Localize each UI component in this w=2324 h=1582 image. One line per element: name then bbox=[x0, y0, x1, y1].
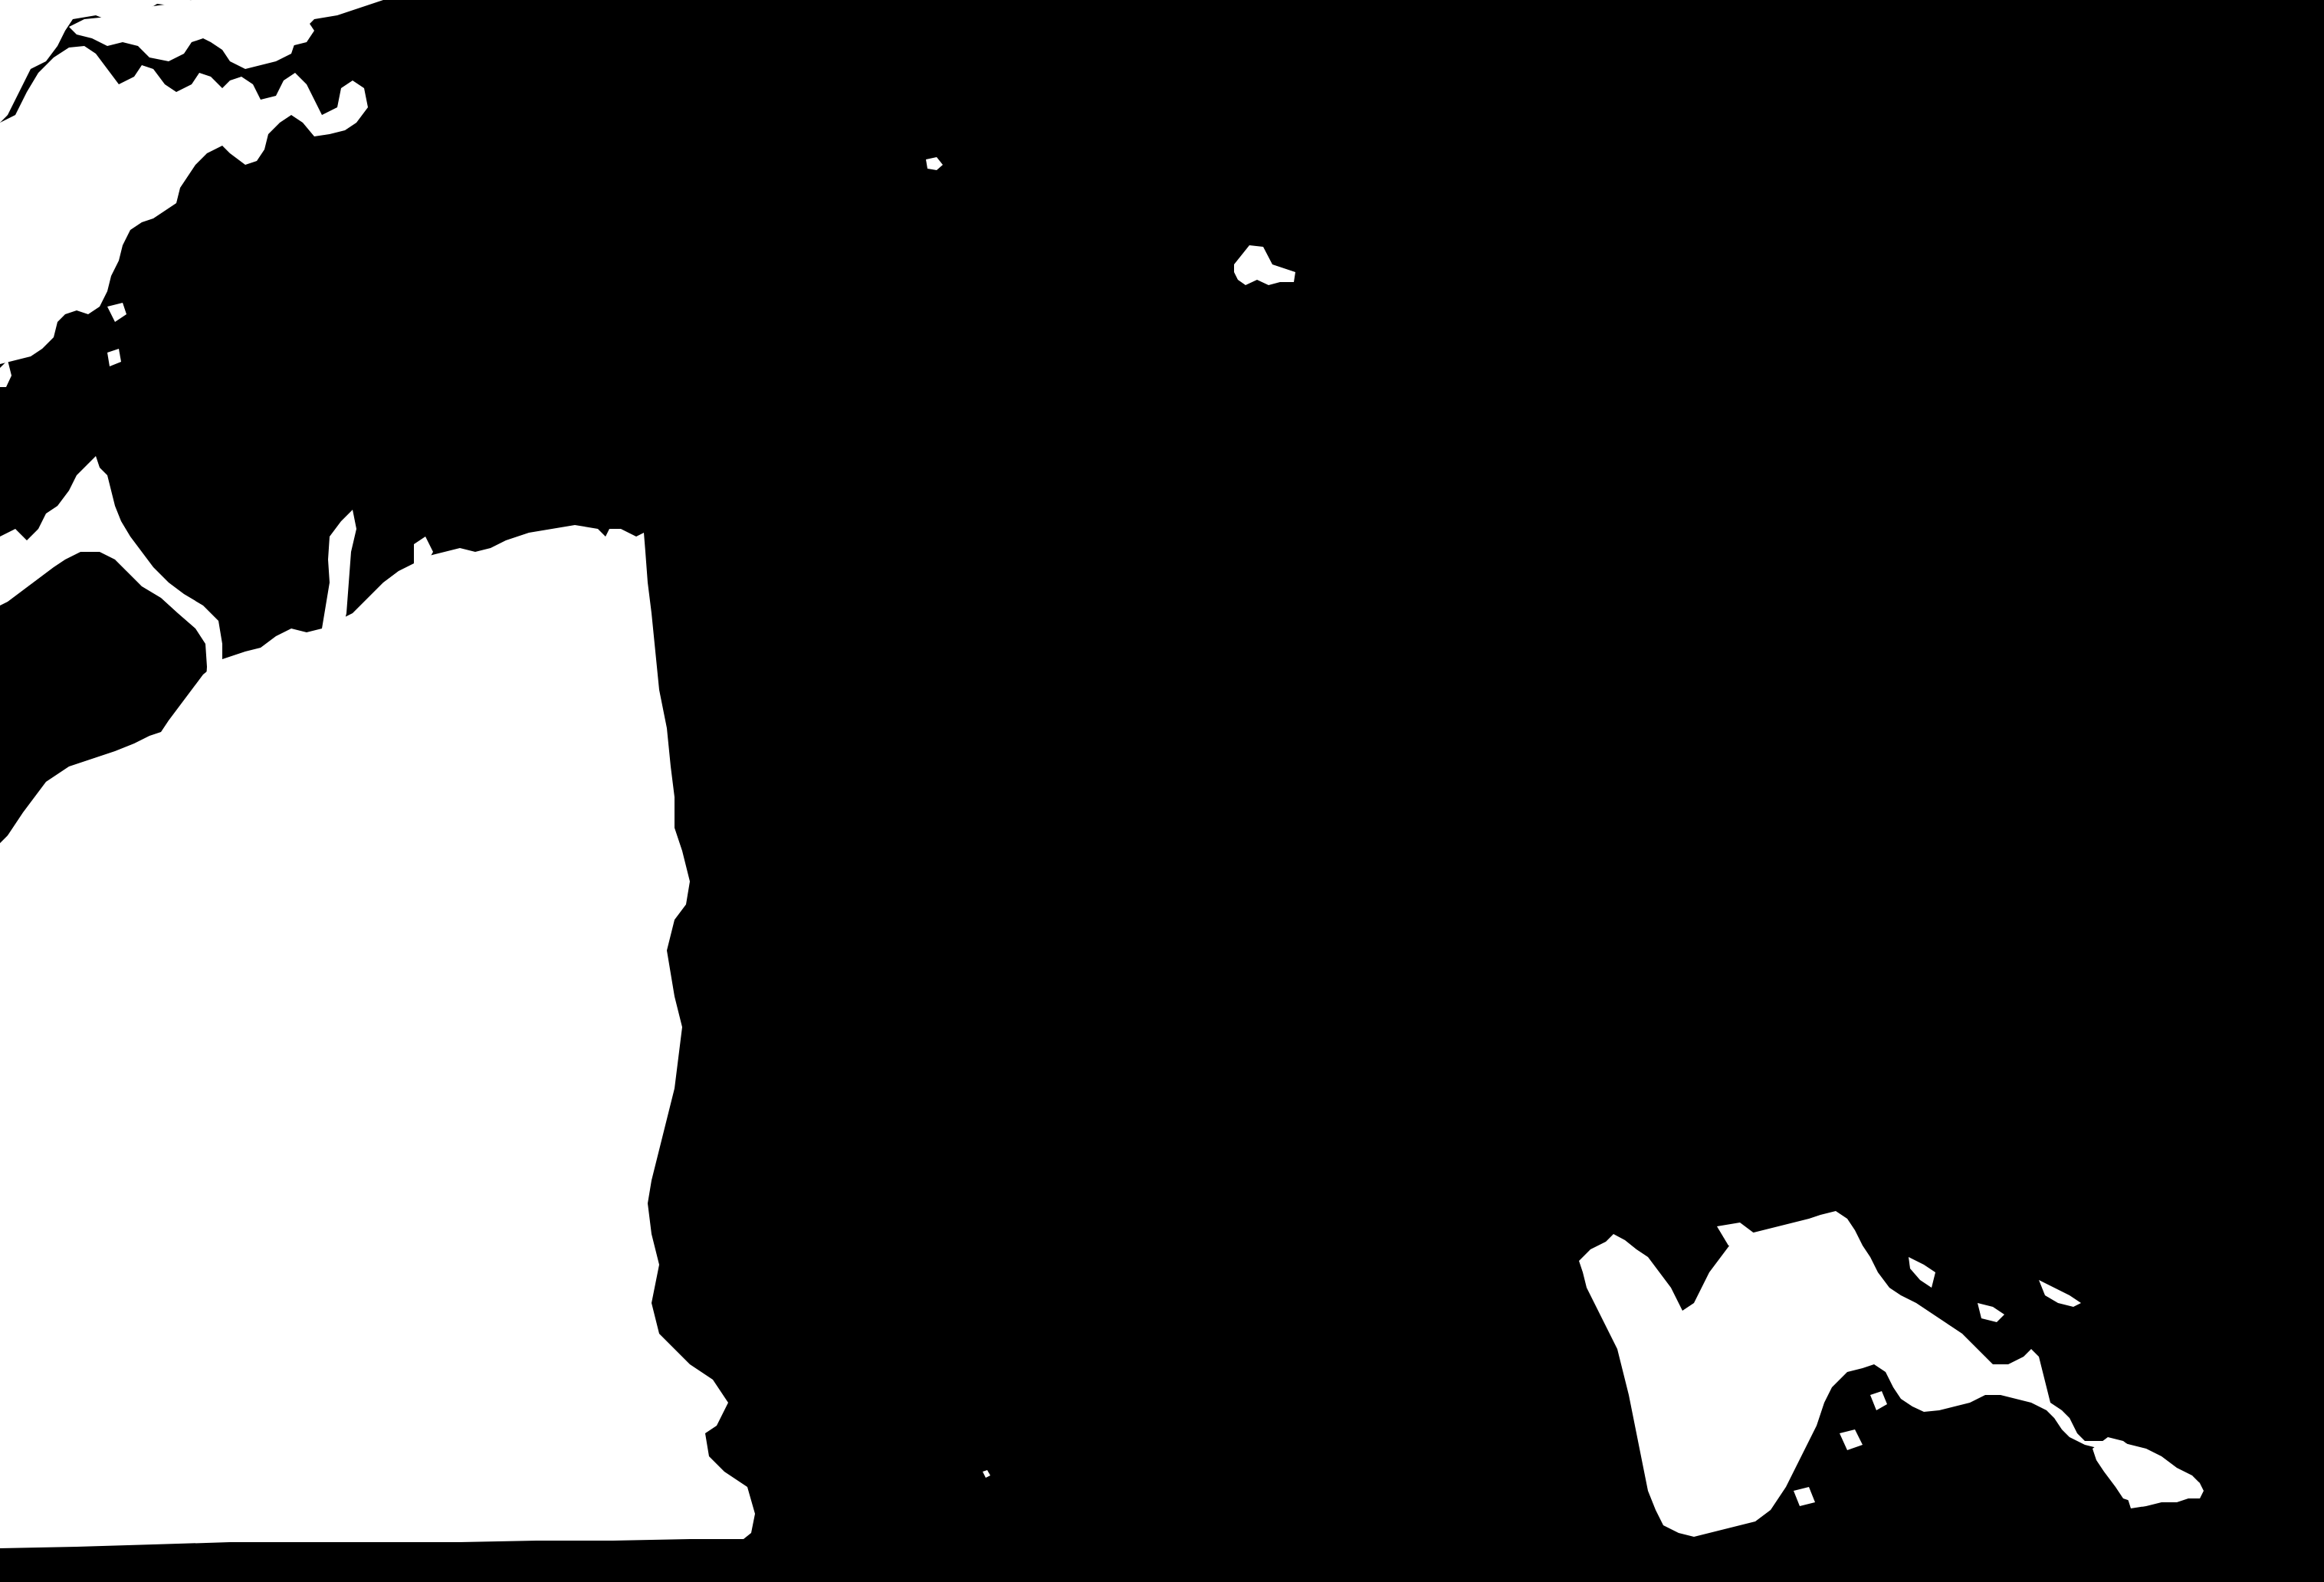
segmentation-mask bbox=[0, 0, 2324, 1582]
